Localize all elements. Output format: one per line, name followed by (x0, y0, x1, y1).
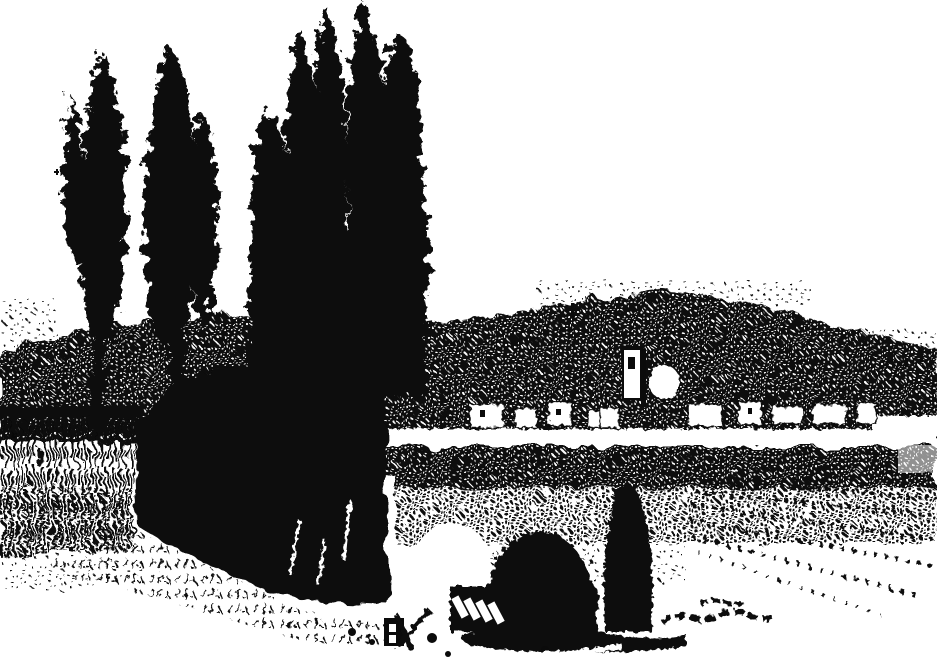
light-foliage-patch (648, 364, 680, 400)
left-sky-speckle (0, 300, 58, 352)
left-fence (0, 406, 142, 418)
hedge (383, 445, 937, 475)
tower-cap (621, 346, 643, 350)
village-house (515, 408, 537, 428)
church-tower (621, 346, 646, 407)
hill-crest-speckle (540, 282, 810, 306)
village-house (600, 408, 620, 428)
poplar-middle-trunk (170, 340, 186, 434)
village-house (470, 404, 504, 428)
village-house (688, 404, 722, 426)
tower-window (628, 357, 635, 369)
poplar-group-base (250, 230, 426, 395)
village-house (772, 406, 802, 424)
tower-dark-edge (641, 349, 646, 407)
engraving-page: Black-and-white engraving of a landscape… (0, 0, 937, 662)
engraving-canvas: Black-and-white engraving of a landscape… (0, 0, 937, 662)
seated-figure-knee (565, 578, 599, 626)
village-house (812, 404, 846, 424)
poplar-left-trunk (92, 338, 105, 432)
village-house (856, 402, 876, 424)
